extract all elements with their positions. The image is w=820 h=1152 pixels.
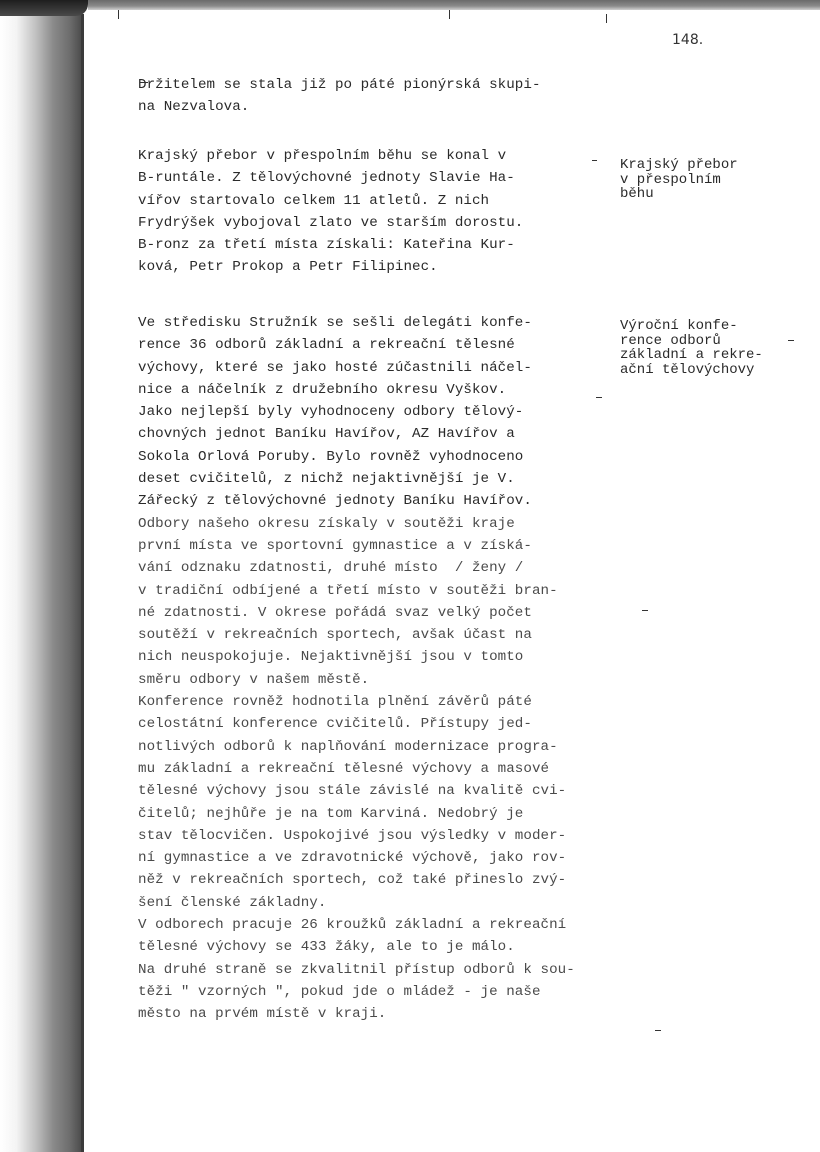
text-line: první místa ve sportovní gymnastice a v … <box>138 535 658 557</box>
margin-note-conference: Výroční konfe-rence odborůzákladní a rek… <box>620 319 763 377</box>
margin-note-line: Výroční konfe- <box>620 319 763 334</box>
typing-mark <box>592 160 597 161</box>
text-line: výchovy, které se jako hosté zúčastnili … <box>138 357 658 379</box>
text-line: celostátní konference cvičitelů. Přístup… <box>138 713 658 735</box>
text-line: chovných jednot Baníku Havířov, AZ Havíř… <box>138 423 658 445</box>
typing-mark <box>655 1030 661 1031</box>
margin-note-line: v přespolním <box>620 173 738 188</box>
text-line: B-runtále. Z tělovýchovné jednoty Slavie… <box>138 167 658 189</box>
text-line: tělesné výchovy se 433 žáky, ale to je m… <box>138 936 658 958</box>
text-line: stav tělocvičen. Uspokojivé jsou výsledk… <box>138 825 658 847</box>
typing-mark <box>788 340 794 341</box>
text-line: Krajský přebor v přespolním běhu se kona… <box>138 145 658 167</box>
text-line: V odborech pracuje 26 kroužků základní a… <box>138 914 658 936</box>
text-line: mu základní a rekreační tělesné výchovy … <box>138 758 658 780</box>
text-line: Konference rovněž hodnotila plnění závěr… <box>138 691 658 713</box>
text-line: Sokola Orlová Poruby. Bylo rovněž vyhodn… <box>138 446 658 468</box>
text-line: soutěží v rekreačních sportech, avšak úč… <box>138 624 658 646</box>
text-line: B-ronz za třetí místa získali: Kateřina … <box>138 234 658 256</box>
paragraph-cross-country: Krajský přebor v přespolním běhu se kona… <box>138 145 658 279</box>
text-line: nice a náčelník z družebního okresu Vyšk… <box>138 379 658 401</box>
margin-note-cross-country: Krajský přeborv přespolnímběhu <box>620 158 738 202</box>
text-line: né zdatnosti. V okrese pořádá svaz velký… <box>138 602 658 624</box>
margin-note-line: rence odborů <box>620 334 763 349</box>
text-line: směru odbory v našem městě. <box>138 669 658 691</box>
text-line: notlivých odborů k naplňování modernizac… <box>138 736 658 758</box>
text-line: Na druhé straně se zkvalitnil přístup od… <box>138 959 658 981</box>
text-line: něž v rekreačních sportech, což také při… <box>138 869 658 891</box>
text-line: vání odznaku zdatnosti, druhé místo / že… <box>138 557 658 579</box>
page-number: 148. <box>672 32 703 48</box>
binding-top-edge <box>0 0 88 16</box>
text-line: nich neuspokojuje. Nejaktivnější jsou v … <box>138 646 658 668</box>
text-line: tělesné výchovy jsou stále závislé na kv… <box>138 780 658 802</box>
margin-tick <box>449 10 450 19</box>
text-line: Odbory našeho okresu získaly v soutěži k… <box>138 513 658 535</box>
margin-tick <box>118 10 119 19</box>
text-line: vířov startovalo celkem 11 atletů. Z nic… <box>138 190 658 212</box>
typing-mark <box>596 397 602 398</box>
text-line: na Nezvalova. <box>138 96 658 118</box>
margin-tick <box>606 14 607 23</box>
text-line: šení členské základny. <box>138 892 658 914</box>
text-line: čitelů; nejhůře je na tom Karviná. Nedob… <box>138 803 658 825</box>
typing-mark <box>140 82 148 83</box>
margin-note-line: základní a rekre- <box>620 348 763 363</box>
typing-mark <box>642 610 648 611</box>
paragraph-conference: Ve středisku Stružník se sešli delegáti … <box>138 312 658 1026</box>
text-line: Zářecký z tělovýchovné jednoty Baníku Ha… <box>138 490 658 512</box>
text-line: Jako nejlepší byly vyhodnoceny odbory tě… <box>138 401 658 423</box>
margin-note-line: ační tělovýchovy <box>620 363 763 378</box>
text-line: těži " vzorných ", pokud jde o mládež - … <box>138 981 658 1003</box>
text-line: deset cvičitelů, z nichž nejaktivnější j… <box>138 468 658 490</box>
text-line: Držitelem se stala již po páté pionýrská… <box>138 74 658 96</box>
paragraph-intro: Držitelem se stala již po páté pionýrská… <box>138 74 658 119</box>
text-line: město na prvém místě v kraji. <box>138 1003 658 1025</box>
text-line: ková, Petr Prokop a Petr Filipinec. <box>138 256 658 278</box>
text-line: rence 36 odborů základní a rekreační těl… <box>138 334 658 356</box>
book-binding-shadow <box>0 0 82 1152</box>
text-line: v tradiční odbíjené a třetí místo v sout… <box>138 580 658 602</box>
text-line: Ve středisku Stružník se sešli delegáti … <box>138 312 658 334</box>
margin-note-line: Krajský přebor <box>620 158 738 173</box>
text-line: Frydrýšek vybojoval zlato ve starším dor… <box>138 212 658 234</box>
scan-top-edge <box>88 0 820 10</box>
text-line: ní gymnastice a ve zdravotnické výchově,… <box>138 847 658 869</box>
margin-note-line: běhu <box>620 187 738 202</box>
